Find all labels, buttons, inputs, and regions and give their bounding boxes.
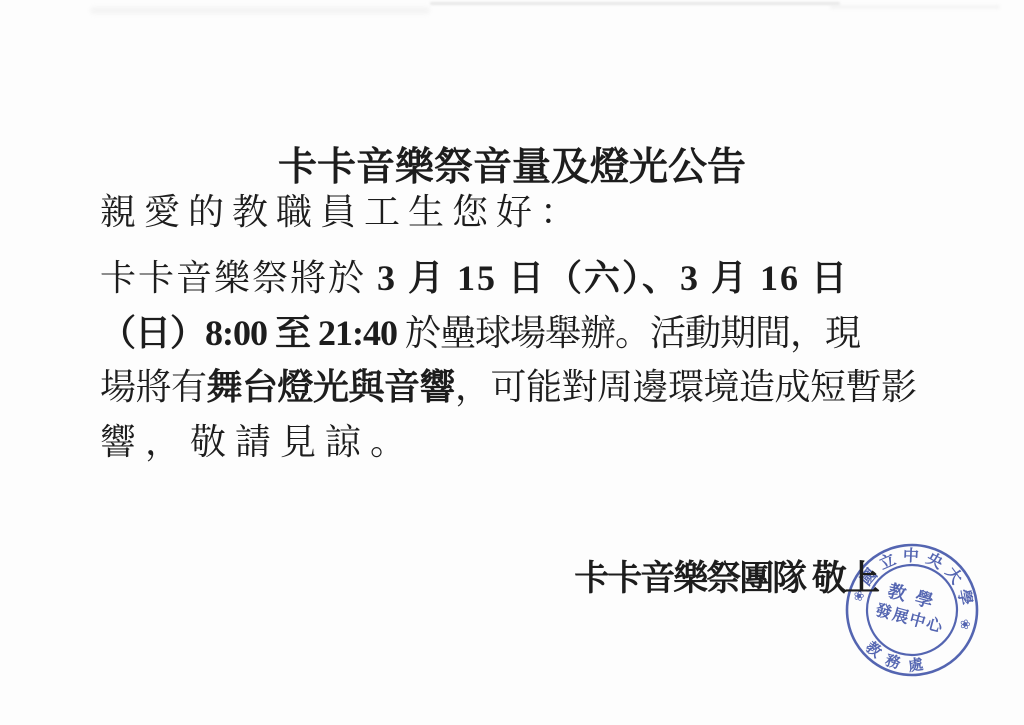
body-line: （日）8:00 至 21:40 於壘球場舉辦。活動期間，現 bbox=[100, 305, 860, 356]
body-text-segment: 場將有 bbox=[100, 367, 207, 407]
body-text-segment-bold: 3 月 15 日（六）、3 月 16 日 bbox=[377, 258, 849, 298]
body-text-segment: 卡卡音樂祭將於 bbox=[100, 258, 377, 298]
signature-line: 卡卡音樂祭團隊 敬上 bbox=[574, 551, 878, 601]
body-line: 響，敬請見諒。 bbox=[100, 414, 415, 465]
body-line: 卡卡音樂祭將於 3 月 15 日（六）、3 月 16 日 bbox=[100, 250, 849, 301]
body-text-segment: ，可能對周邊環境造成短暫影 bbox=[455, 367, 917, 407]
scan-edge-artifact bbox=[430, 2, 840, 5]
body-text-segment-bold: （日）8:00 至 21:40 bbox=[100, 313, 397, 353]
body-text-segment-bold: 舞台燈光與音響 bbox=[207, 367, 456, 407]
scanned-notice-document: 卡卡音樂祭音量及燈光公告 親愛的教職員工生您好： 卡卡音樂祭將於 3 月 15 … bbox=[0, 0, 1024, 725]
scan-edge-artifact bbox=[830, 5, 1000, 9]
rosette-icon: ❀ bbox=[958, 616, 973, 633]
body-text-segment: 於壘球場舉辦。活動期間，現 bbox=[397, 313, 860, 353]
scan-edge-artifact bbox=[90, 7, 430, 14]
greeting-line: 親愛的教職員工生您好： bbox=[100, 184, 584, 235]
body-text-segment: 響，敬請見諒。 bbox=[100, 422, 415, 462]
body-line: 場將有舞台燈光與音響，可能對周邊環境造成短暫影 bbox=[100, 359, 917, 410]
